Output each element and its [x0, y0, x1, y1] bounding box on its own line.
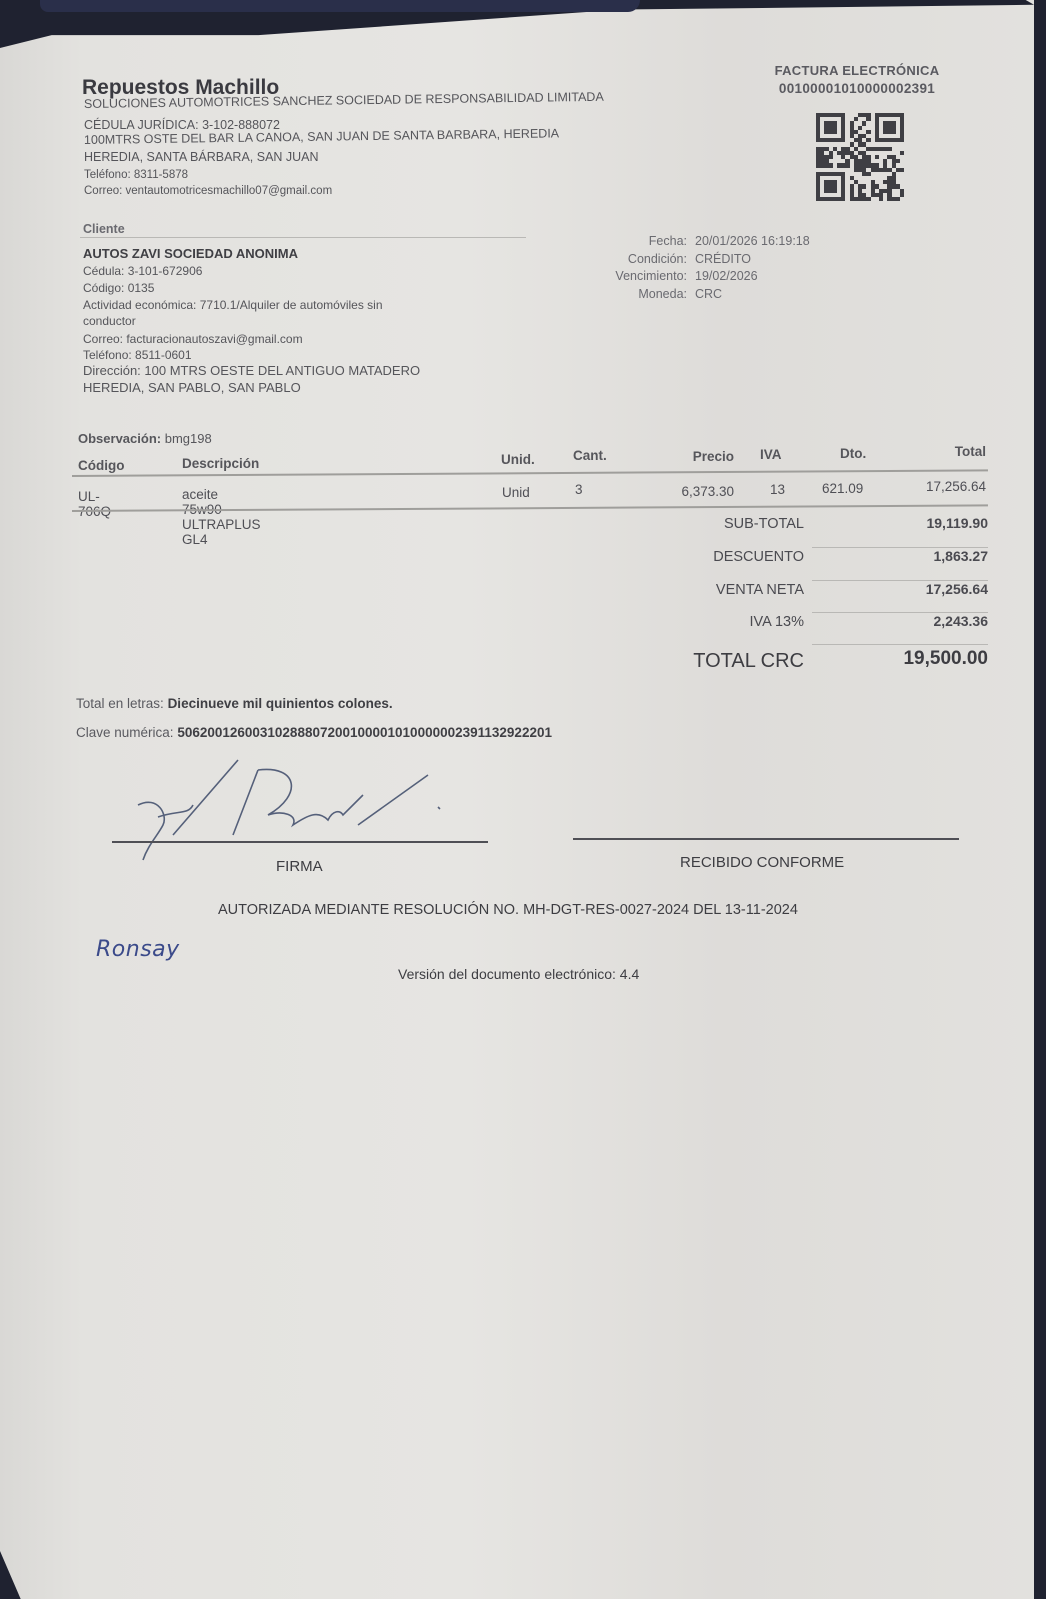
total-in-words-value: Diecinueve mil quinientos colones.: [168, 696, 393, 711]
signature-scribble: [118, 755, 448, 865]
client-email: Correo: facturacionautoszavi@gmail.com: [83, 331, 303, 348]
subtotal-value: 19,119.90: [850, 515, 988, 531]
qr-code-icon: [816, 113, 908, 199]
cell-code: UL-706Q: [78, 489, 111, 519]
total-in-words-label: Total en letras:: [76, 696, 164, 711]
issuer-email: Correo: ventautomotricesmachillo07@gmail…: [84, 183, 332, 200]
client-divider: [80, 237, 526, 238]
meta-label: Fecha:: [595, 233, 687, 251]
client-name: AUTOS ZAVI SOCIEDAD ANONIMA: [83, 246, 298, 261]
total-in-words: Total en letras: Diecinueve mil quinient…: [76, 696, 393, 711]
numeric-key-label: Clave numérica:: [76, 725, 174, 740]
col-header-tax: IVA: [760, 447, 782, 462]
col-header-code: Código: [78, 458, 125, 473]
authorization-text: AUTORIZADA MEDIANTE RESOLUCIÓN NO. MH-DG…: [218, 902, 798, 918]
meta-value: CRÉDITO: [695, 251, 751, 269]
signature-label: FIRMA: [276, 858, 323, 875]
client-address-line2: HEREDIA, SAN PABLO, SAN PABLO: [83, 380, 301, 397]
numeric-key: Clave numérica: 506200126003102888072001…: [76, 725, 552, 740]
col-header-unit: Unid.: [501, 452, 535, 467]
received-label: RECIBIDO CONFORME: [680, 854, 844, 871]
observation: Observación: bmg198: [78, 431, 212, 446]
discount-value: 1,863.27: [850, 548, 988, 564]
net-sale-label: VENTA NETA: [640, 582, 804, 598]
signature-line-right: [573, 838, 959, 840]
col-header-description: Descripción: [182, 456, 259, 471]
col-header-qty: Cant.: [573, 448, 607, 463]
client-phone: Teléfono: 8511-0601: [83, 347, 192, 364]
col-header-discount: Dto.: [840, 446, 866, 461]
meta-value: 20/01/2026 16:19:18: [695, 233, 810, 251]
observation-label: Observación:: [78, 431, 161, 446]
cell-price: 6,373.30: [650, 484, 734, 499]
document-type: FACTURA ELECTRÓNICA: [752, 63, 962, 78]
meta-row-condition: Condición: CRÉDITO: [595, 251, 855, 269]
cell-tax: 13: [770, 482, 785, 497]
numeric-key-value: 5062001260031028880720010000101000000239…: [177, 725, 552, 740]
cell-unit: Unid: [502, 485, 530, 500]
grand-total-label: TOTAL CRC: [640, 650, 804, 673]
background-object: [40, 0, 640, 12]
document-number: 00100001010000002391: [752, 81, 962, 96]
client-address-line1: Dirección: 100 MTRS OESTE DEL ANTIGUO MA…: [83, 363, 420, 380]
subtotal-label: SUB-TOTAL: [640, 516, 804, 532]
discount-label: DESCUENTO: [640, 549, 804, 565]
client-code: Código: 0135: [83, 280, 154, 297]
tax-label: IVA 13%: [640, 614, 804, 630]
observation-value: bmg198: [165, 431, 212, 446]
col-header-price: Precio: [650, 449, 734, 464]
col-header-total: Total: [900, 444, 986, 459]
meta-label: Vencimiento:: [595, 268, 687, 286]
meta-row-date: Fecha: 20/01/2026 16:19:18: [595, 233, 855, 251]
tax-value: 2,243.36: [850, 613, 988, 629]
meta-value: 19/02/2026: [695, 268, 758, 286]
meta-label: Moneda:: [595, 286, 687, 304]
client-section-label: Cliente: [83, 222, 125, 236]
client-cedula: Cédula: 3-101-672906: [83, 263, 202, 280]
cell-qty: 3: [575, 482, 583, 497]
issuer-phone: Teléfono: 8311-5878: [84, 167, 188, 184]
net-sale-value: 17,256.64: [850, 581, 988, 597]
handwritten-name: Ronsay: [96, 937, 180, 962]
meta-label: Condición:: [595, 251, 687, 269]
client-activity-cont: conductor: [83, 313, 136, 330]
totals-divider: [812, 644, 988, 645]
issuer-address-line2: HEREDIA, SANTA BÁRBARA, SAN JUAN: [84, 149, 319, 166]
signature-line-left: [112, 841, 488, 843]
cell-discount: 621.09: [822, 481, 863, 496]
meta-value: CRC: [695, 286, 722, 304]
cell-description: aceite 75w90 ULTRAPLUS GL4: [182, 487, 261, 547]
document-version: Versión del documento electrónico: 4.4: [398, 966, 639, 982]
invoice-meta: Fecha: 20/01/2026 16:19:18 Condición: CR…: [595, 233, 855, 303]
grand-total-value: 19,500.00: [850, 648, 988, 670]
client-activity: Actividad económica: 7710.1/Alquiler de …: [83, 297, 383, 314]
cell-total: 17,256.64: [900, 479, 986, 494]
meta-row-currency: Moneda: CRC: [595, 286, 855, 304]
meta-row-due-date: Vencimiento: 19/02/2026: [595, 268, 855, 286]
